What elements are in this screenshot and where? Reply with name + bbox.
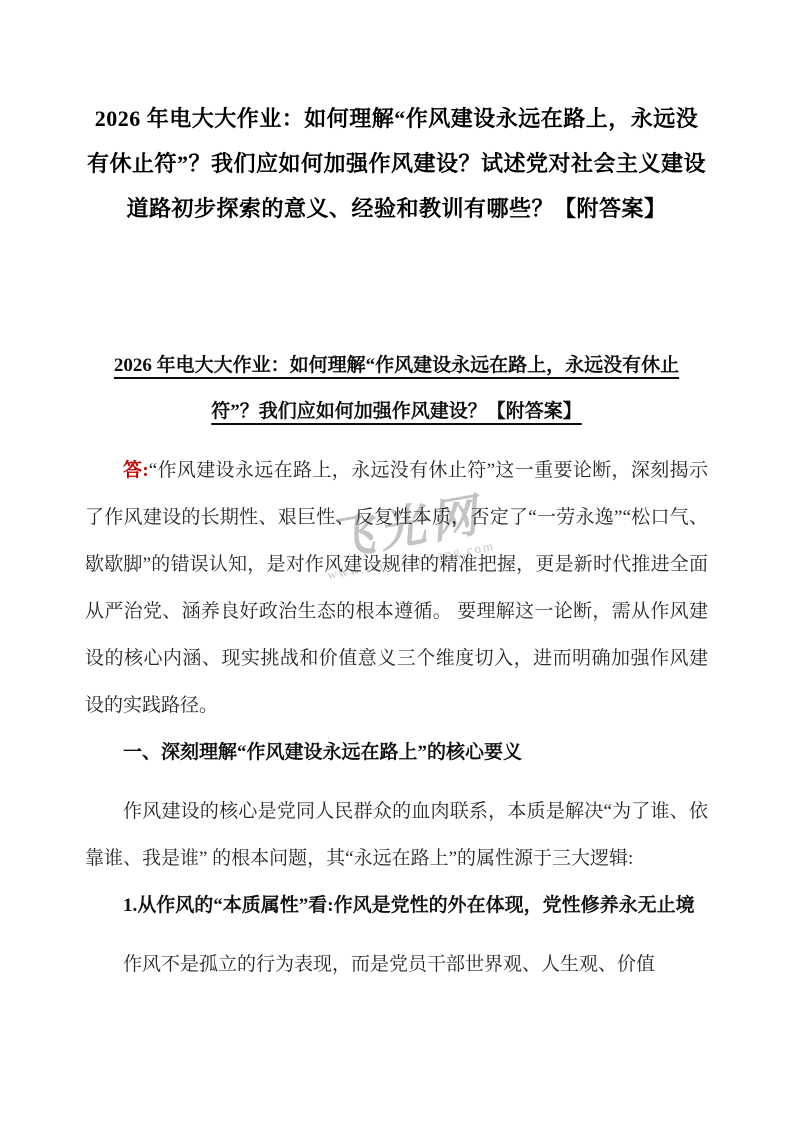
- document-page: 飞光网 www.feiguangwang.com 2026 年电大大作业：如何理…: [0, 0, 793, 1122]
- answer-paragraph: 答:“作风建设永远在路上，永远没有休止符”这一重要论断，深刻揭示了作风建设的长期…: [85, 447, 708, 729]
- document-content: 2026 年电大大作业：如何理解“作风建设永远在路上，永远没有休止符”？我们应如…: [0, 0, 793, 988]
- subsection-one-heading: 1.从作风的“本质属性”看:作风是党性的外在体现，党性修养永无止境: [85, 882, 708, 929]
- answer-text: “作风建设永远在路上，永远没有休止符”这一重要论断，深刻揭示了作风建设的长期性、…: [85, 460, 708, 716]
- subsection-one-paragraph: 作风不是孤立的行为表现，而是党员干部世界观、人生观、价值: [85, 941, 708, 988]
- section-one-heading: 一、深刻理解“作风建设永远在路上”的核心要义: [85, 729, 708, 776]
- document-subtitle-underlined: 2026 年电大大作业：如何理解“作风建设永远在路上，永远没有休止符”？我们应如…: [91, 343, 702, 435]
- answer-label: 答:: [123, 460, 149, 481]
- document-title: 2026 年电大大作业：如何理解“作风建设永远在路上，永远没有休止符”？我们应如…: [85, 96, 708, 231]
- section-one-paragraph: 作风建设的核心是党同人民群众的血肉联系，本质是解决“为了谁、依靠谁、我是谁” 的…: [85, 788, 708, 882]
